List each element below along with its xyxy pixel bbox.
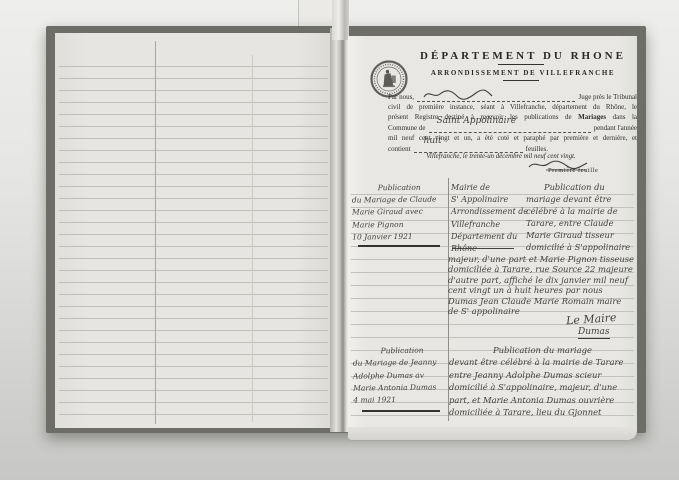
entry1-margin-underline (358, 245, 440, 247)
preamble-line-1: Par nous, Juge près le Tribunal (388, 92, 637, 103)
left-page-ruled-lines (59, 55, 328, 423)
sheet-count-handwritten: huit (424, 137, 442, 147)
judge-signature (421, 88, 495, 100)
department-title: DÉPARTEMENT DU RHONE (408, 50, 638, 62)
judge-name-blank (417, 92, 575, 102)
left-page-faint-column-line (252, 55, 253, 422)
left-page-margin-line (155, 41, 156, 424)
entry1-body-column: Publication du mariage devant être céléb… (526, 181, 636, 254)
commune-name-blank: Saint Appolinaire (429, 123, 591, 133)
entry1-office-underline (452, 248, 514, 249)
entry2-margin-underline (362, 410, 440, 412)
page-stack-edge (348, 427, 637, 441)
commune-name-handwritten: Saint Appolinaire (437, 117, 517, 127)
book-gutter-top (332, 0, 349, 40)
par-nous-label: Par nous, (388, 93, 414, 103)
entry2-body: Publication du mariage devant être céléb… (449, 344, 636, 418)
entry1-body-full: majeur, d'une part et Marie Pignon tisse… (448, 254, 637, 316)
register-preamble: Par nous, Juge près le Tribunal civil de… (388, 92, 637, 154)
preamble-line-4: Commune de Saint Appolinaire pendant l'a… (388, 123, 637, 134)
juge-tribunal-label: Juge près le Tribunal (578, 93, 637, 103)
pendant-annee-label: pendant l'année (594, 124, 637, 134)
preamble-line-2: civil de première instance, séant à Vill… (388, 103, 637, 113)
mariages-label: Mariages (578, 113, 606, 121)
arrondissement-subtitle: ARRONDISSEMENT DE VILLEFRANCHE (418, 69, 628, 77)
department-underline (498, 64, 544, 65)
entry1-margin-note: Publication du Mariage de Claude Marie G… (352, 182, 447, 244)
left-page (55, 33, 330, 428)
entry2-margin-note: Publication du Mariage de Jeanny Adolphe… (353, 344, 448, 407)
arrondissement-underline (503, 80, 539, 81)
right-page: DÉPARTEMENT DU RHONE ARRONDISSEMENT DE V… (348, 36, 637, 428)
book-gutter (330, 28, 348, 432)
first-sheet-label: Première feuille (548, 167, 598, 174)
commune-label: Commune de (388, 124, 426, 134)
mayor-signature-name: Dumas (578, 327, 610, 339)
scanned-register-photo: DÉPARTEMENT DU RHONE ARRONDISSEMENT DE V… (0, 0, 679, 480)
sheet-count-blank: huit (414, 143, 523, 153)
preamble-line-3-post: dans la (613, 113, 637, 121)
